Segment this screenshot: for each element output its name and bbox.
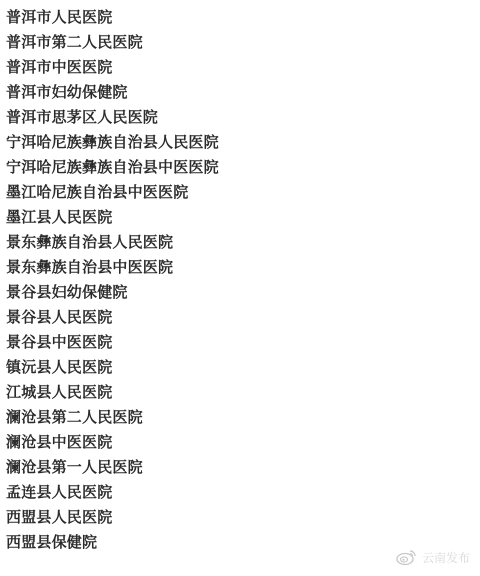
- list-item: 景东彝族自治县人民医院: [6, 230, 219, 255]
- list-item: 普洱市人民医院: [6, 5, 219, 30]
- watermark-text: 云南发布: [422, 549, 470, 566]
- hospital-list: 普洱市人民医院 普洱市第二人民医院 普洱市中医医院 普洱市妇幼保健院 普洱市思茅…: [6, 5, 219, 555]
- list-item: 景东彝族自治县中医医院: [6, 255, 219, 280]
- list-item: 西盟县人民医院: [6, 505, 219, 530]
- list-item: 普洱市妇幼保健院: [6, 80, 219, 105]
- list-item: 澜沧县第一人民医院: [6, 455, 219, 480]
- list-item: 澜沧县中医医院: [6, 430, 219, 455]
- list-item: 普洱市中医医院: [6, 55, 219, 80]
- list-item: 景谷县妇幼保健院: [6, 280, 219, 305]
- list-item: 澜沧县第二人民医院: [6, 405, 219, 430]
- list-item: 西盟县保健院: [6, 530, 219, 555]
- list-item: 墨江哈尼族自治县中医医院: [6, 180, 219, 205]
- list-item: 江城县人民医院: [6, 380, 219, 405]
- list-item: 墨江县人民医院: [6, 205, 219, 230]
- weibo-icon: [396, 548, 418, 566]
- list-item: 普洱市思茅区人民医院: [6, 105, 219, 130]
- list-item: 孟连县人民医院: [6, 480, 219, 505]
- list-item: 普洱市第二人民医院: [6, 30, 219, 55]
- list-item: 景谷县中医医院: [6, 330, 219, 355]
- list-item: 镇沅县人民医院: [6, 355, 219, 380]
- watermark: 云南发布: [396, 548, 470, 566]
- list-item: 宁洱哈尼族彝族自治县中医医院: [6, 155, 219, 180]
- list-item: 景谷县人民医院: [6, 305, 219, 330]
- list-item: 宁洱哈尼族彝族自治县人民医院: [6, 130, 219, 155]
